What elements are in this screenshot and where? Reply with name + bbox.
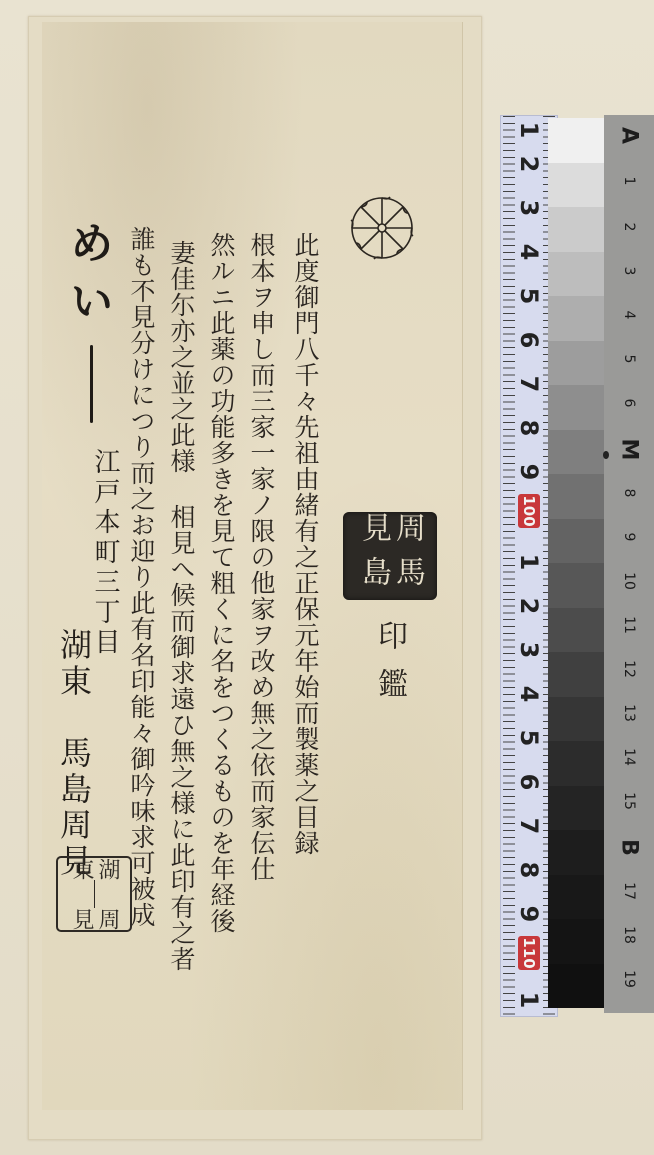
gray-label: 13	[621, 688, 637, 738]
document-title: 印鑑	[372, 620, 406, 716]
gray-step-1	[548, 118, 604, 163]
ruler-number: 8	[515, 414, 543, 442]
ruler-number: 3	[515, 636, 543, 664]
chrysanthemum-crest-icon	[348, 192, 416, 264]
seal-large-col-right: 馬島	[356, 556, 424, 600]
gray-label: 15	[621, 776, 637, 826]
gray-scale-label-strip: A 1 2 3 4 5 6 M 8 9 10 11 12 13 14 15 B …	[604, 115, 654, 1013]
long-vowel-stroke	[90, 345, 93, 423]
address-text: 江戸本町三丁目	[90, 448, 120, 658]
seal-divider	[94, 880, 95, 908]
ruler-badge-110: 110	[518, 936, 540, 970]
ruler-number: 7	[515, 812, 543, 840]
text-column-2: 根本ヲ申し而三家一家ノ限の他家ヲ改め無之依而家伝仕	[246, 232, 276, 882]
text-column-1: 此度御門八千々先祖由緒有之正保元年始而製薬之目録	[290, 232, 320, 856]
gray-step-8	[548, 430, 604, 475]
gray-label: 18	[621, 910, 637, 960]
gray-step-16	[548, 786, 604, 831]
gray-label: 10	[621, 556, 637, 606]
gray-label: 4	[621, 290, 637, 340]
gray-step-10	[548, 519, 604, 564]
gray-label: 1	[621, 156, 637, 206]
ruler-number: 1	[515, 116, 543, 144]
gray-step-17	[548, 830, 604, 875]
text-column-4: 妻佳尓亦之並之此様 相見へ候而御求遠ひ無之様に此印有之者	[166, 240, 196, 972]
ruler-number: 9	[515, 458, 543, 486]
ruler-number: 2	[515, 150, 543, 178]
ruler-number: 7	[515, 370, 543, 398]
gray-label: 8	[621, 468, 637, 518]
ruler-number: 3	[515, 194, 543, 222]
gray-label: 2	[621, 202, 637, 252]
ruler-ticks-left	[503, 116, 515, 1016]
seal-small-col-right: 周見	[68, 908, 120, 930]
gray-label: 12	[621, 644, 637, 694]
gray-step-3	[548, 207, 604, 252]
gray-step-11	[548, 563, 604, 608]
gray-label: 14	[621, 732, 637, 782]
seal-small-col-left: 湖東	[68, 858, 120, 880]
gray-step-19	[548, 919, 604, 964]
large-kana-mei: めい	[62, 220, 112, 336]
gray-label: 6	[621, 378, 637, 428]
gray-label: 11	[621, 600, 637, 650]
ruler-number: 2	[515, 592, 543, 620]
gray-label: 19	[621, 954, 637, 1004]
gray-scale-chart	[548, 118, 604, 1008]
text-column-3: 然ルニ此薬の功能多きを見て粗くに名をつくるものを年経後	[206, 232, 236, 934]
gray-step-14	[548, 697, 604, 742]
ruler-number: 9	[515, 900, 543, 928]
gray-step-7	[548, 385, 604, 430]
gray-label: 9	[621, 512, 637, 562]
gray-scale-marker-dot	[603, 451, 609, 459]
ruler-number: 1	[515, 548, 543, 576]
gray-label: 17	[621, 866, 637, 916]
ruler-number: 6	[515, 326, 543, 354]
ruler-number: 6	[515, 768, 543, 796]
ruler-number: 5	[515, 724, 543, 752]
gray-step-2	[548, 163, 604, 208]
gray-step-13	[548, 652, 604, 697]
ruler-number: 4	[515, 238, 543, 266]
ruler-number: 8	[515, 856, 543, 884]
seal-large-col-left: 周見	[356, 512, 424, 556]
gray-step-12	[548, 608, 604, 653]
gray-step-6	[548, 341, 604, 386]
gray-label: A	[617, 111, 642, 161]
text-column-5: 誰も不見分けにつり而之お迎り此有名印能々御吟味求可被成	[126, 226, 156, 928]
gray-label: B	[617, 823, 642, 873]
gray-step-15	[548, 741, 604, 786]
gray-label: M	[617, 425, 642, 475]
gray-step-4	[548, 252, 604, 297]
maker-seal-small: 周見 湖東	[56, 856, 132, 932]
gray-step-5	[548, 296, 604, 341]
gray-label: 3	[621, 246, 637, 296]
gray-step-20	[548, 964, 604, 1009]
ruler-number: 4	[515, 680, 543, 708]
ruler-number: 5	[515, 282, 543, 310]
gray-step-18	[548, 875, 604, 920]
gray-step-9	[548, 474, 604, 519]
gray-label: 5	[621, 334, 637, 384]
ruler-badge-100: 100	[518, 494, 540, 528]
ruler-number: 1	[515, 986, 543, 1014]
maker-seal-large: 馬島 周見	[343, 512, 437, 600]
maker-name-text: 湖東 馬島周見	[56, 628, 92, 880]
